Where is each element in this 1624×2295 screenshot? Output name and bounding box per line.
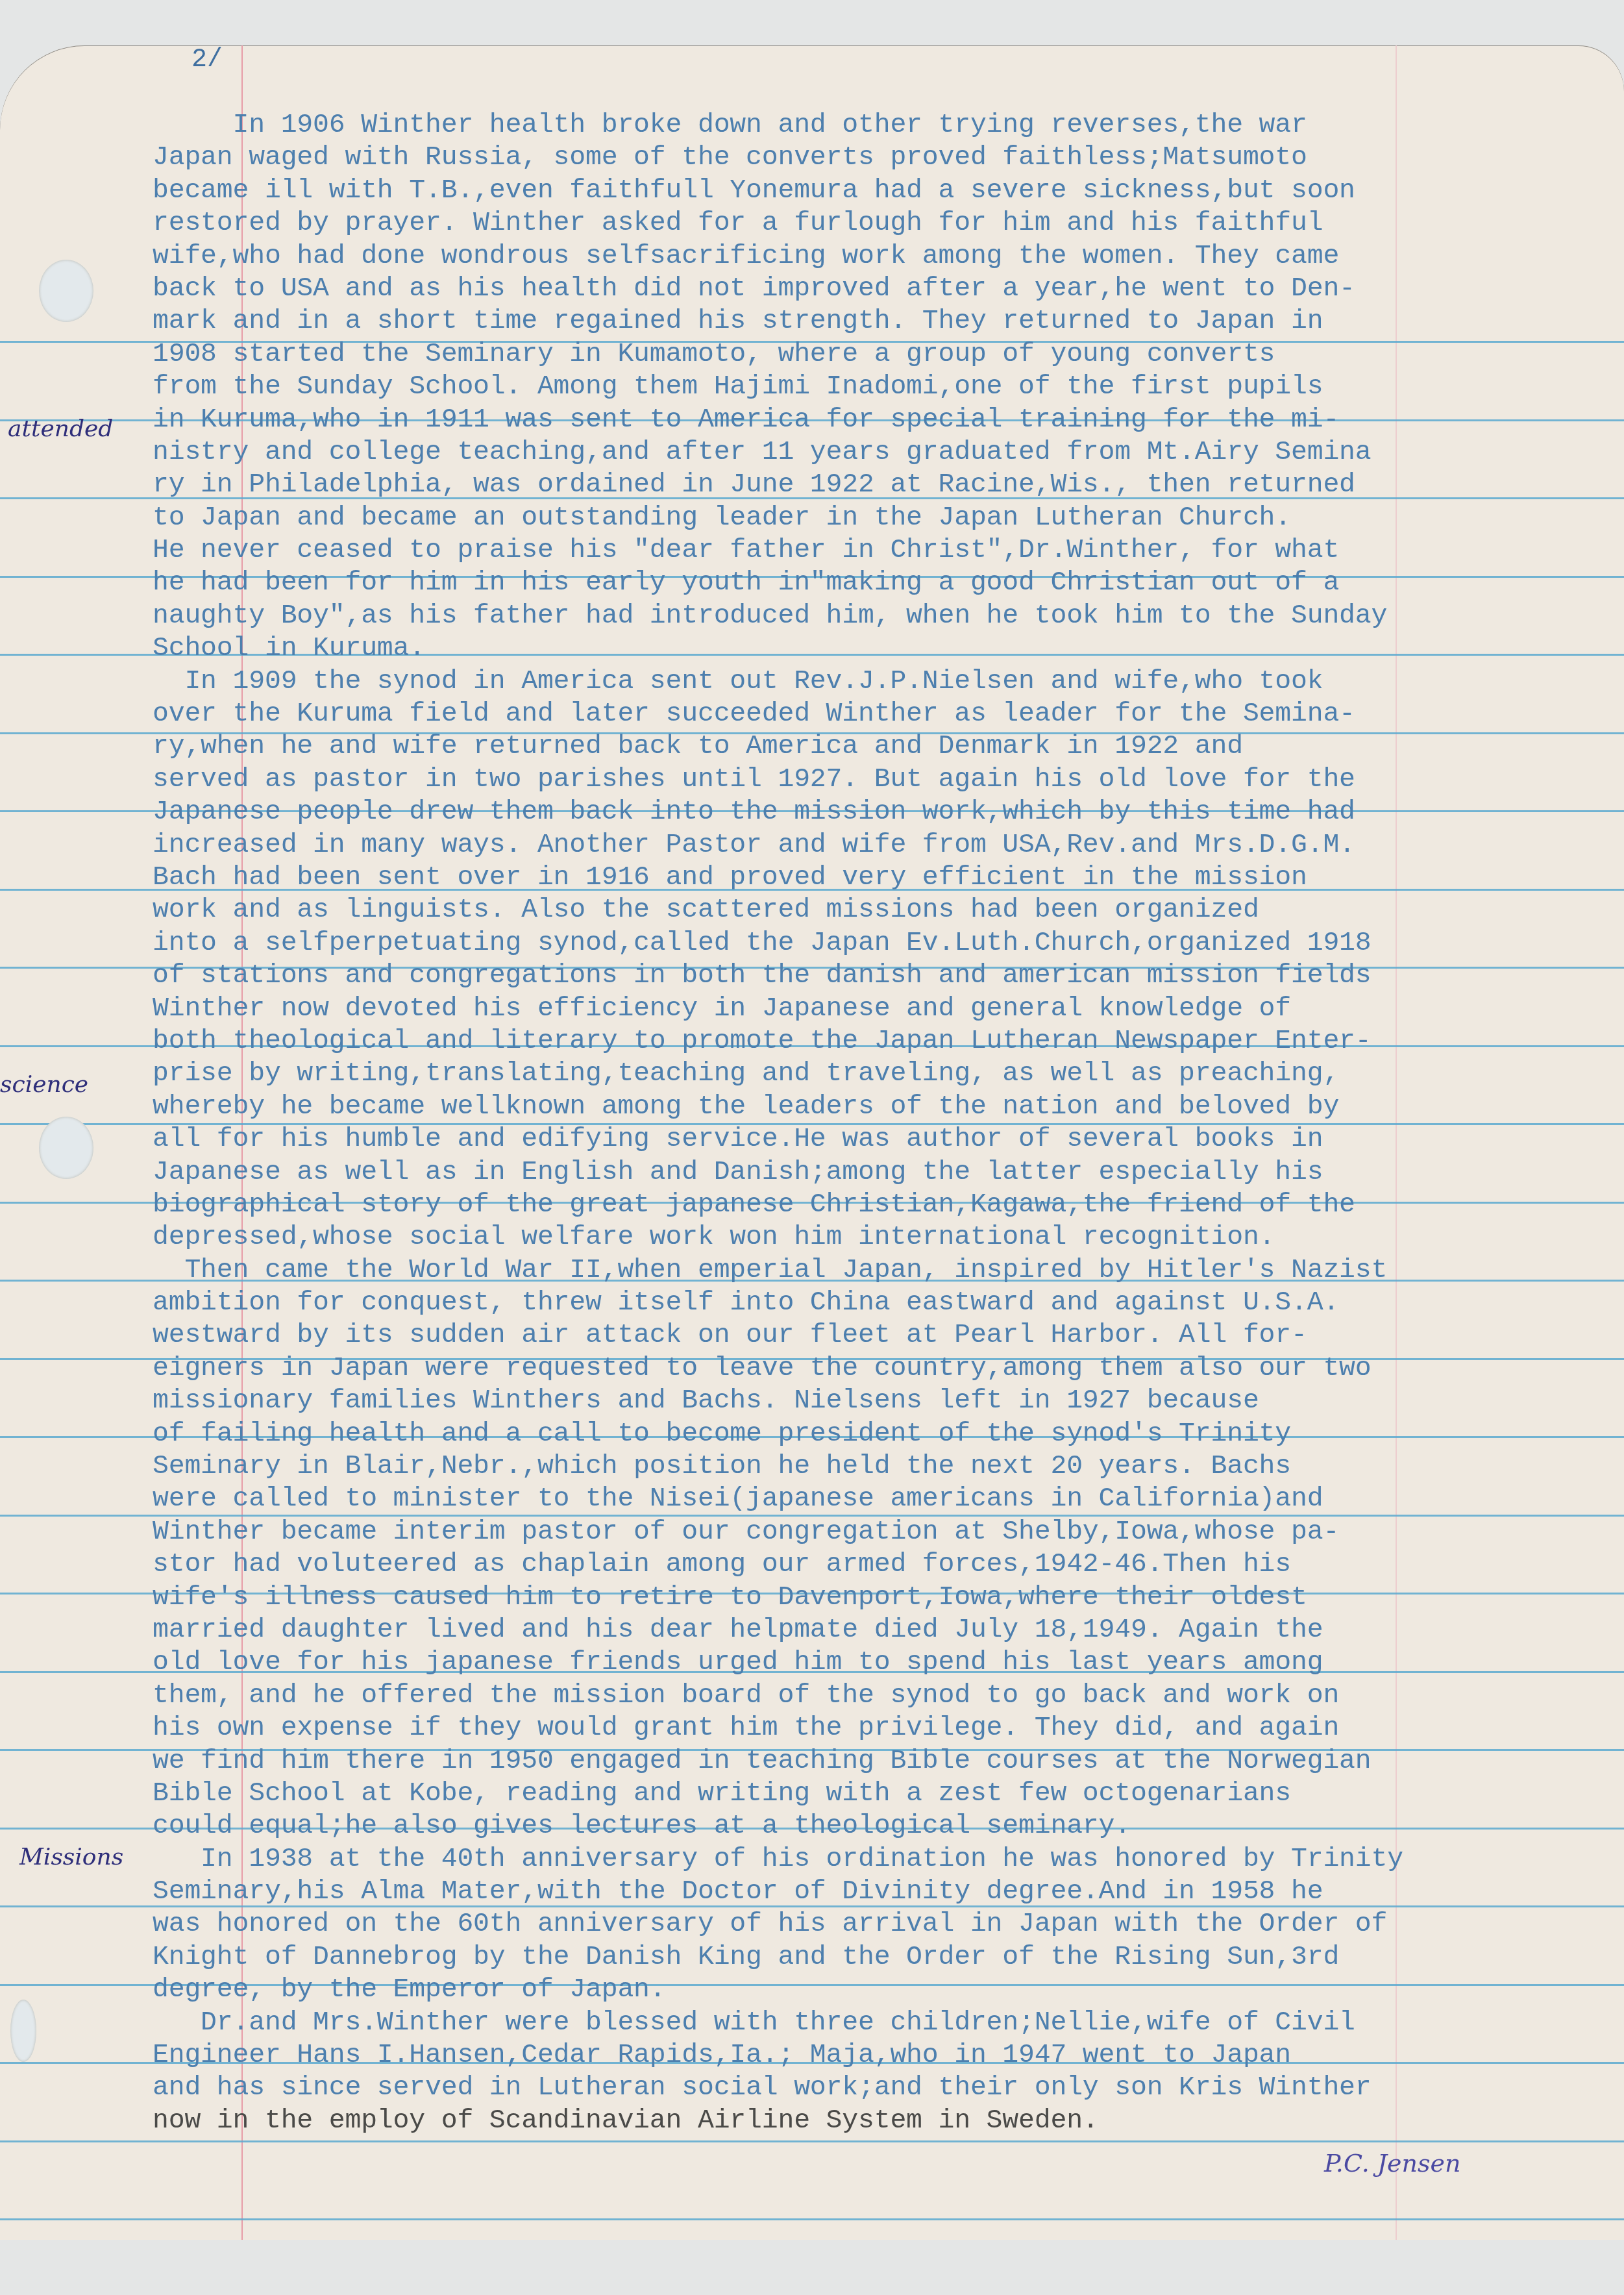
typed-line: biographical story of the great japanese… bbox=[153, 1189, 1624, 1221]
binder-hole-bottom bbox=[10, 2000, 36, 2062]
typed-line: degree, by the Emperor of Japan. bbox=[153, 1974, 1624, 2006]
typed-line: In 1906 Winther health broke down and ot… bbox=[153, 109, 1624, 142]
typed-line: Winther now devoted his efficiency in Ja… bbox=[153, 993, 1624, 1025]
typed-line: his own expense if they would grant him … bbox=[153, 1712, 1624, 1744]
typed-line: School in Kuruma. bbox=[153, 632, 1624, 665]
typed-line: mark and in a short time regained his st… bbox=[153, 305, 1624, 338]
typed-line: and has since served in Lutheran social … bbox=[153, 2072, 1624, 2104]
typed-line: prise by writing,translating,teaching an… bbox=[153, 1058, 1624, 1090]
typed-line: was honored on the 60th anniversary of h… bbox=[153, 1908, 1624, 1941]
typed-line: Bible School at Kobe, reading and writin… bbox=[153, 1778, 1624, 1810]
typed-line: in Kuruma,who in 1911 was sent to Americ… bbox=[153, 404, 1624, 436]
typed-line: Seminary,his Alma Mater,with the Doctor … bbox=[153, 1876, 1624, 1908]
typed-line: into a selfperpetuating synod,called the… bbox=[153, 927, 1624, 960]
binder-hole-top bbox=[39, 260, 93, 322]
typed-body-text: In 1906 Winther health broke down and ot… bbox=[153, 109, 1624, 2137]
typed-line: Then came the World War II,when emperial… bbox=[153, 1254, 1624, 1287]
typed-line: eigners in Japan were requested to leave… bbox=[153, 1352, 1624, 1385]
typed-line: were called to minister to the Nisei(jap… bbox=[153, 1483, 1624, 1515]
typed-line: he had been for him in his early youth i… bbox=[153, 567, 1624, 599]
typed-line: work and as linguists. Also the scattere… bbox=[153, 894, 1624, 926]
typed-line: Knight of Dannebrog by the Danish King a… bbox=[153, 1941, 1624, 1974]
typed-line: from the Sunday School. Among them Hajim… bbox=[153, 371, 1624, 403]
typed-line: over the Kuruma field and later succeede… bbox=[153, 698, 1624, 730]
typed-line: stor had voluteered as chaplain among ou… bbox=[153, 1548, 1624, 1581]
typed-line: ry,when he and wife returned back to Ame… bbox=[153, 730, 1624, 763]
typed-line: Engineer Hans I.Hansen,Cedar Rapids,Ia.;… bbox=[153, 2039, 1624, 2072]
typed-line: wife,who had done wondrous selfsacrifici… bbox=[153, 240, 1624, 273]
typed-line: depressed,whose social welfare work won … bbox=[153, 1221, 1624, 1254]
typed-line: 1908 started the Seminary in Kumamoto, w… bbox=[153, 338, 1624, 371]
typed-line: ry in Philadelphia, was ordained in June… bbox=[153, 469, 1624, 501]
typed-line: nistry and college teaching,and after 11… bbox=[153, 436, 1624, 469]
typed-line: Japanese people drew them back into the … bbox=[153, 796, 1624, 828]
typed-line: naughty Boy",as his father had introduce… bbox=[153, 600, 1624, 632]
typed-line: Winther became interim pastor of our con… bbox=[153, 1516, 1624, 1548]
typed-line: restored by prayer. Winther asked for a … bbox=[153, 207, 1624, 240]
typed-line: both theological and literary to promote… bbox=[153, 1025, 1624, 1058]
typed-line: wife's illness caused him to retire to D… bbox=[153, 1582, 1624, 1614]
typed-line: Japanese as well as in English and Danis… bbox=[153, 1156, 1624, 1189]
page-number: 2/ bbox=[191, 45, 223, 75]
typed-line: all for his humble and edifying service.… bbox=[153, 1123, 1624, 1156]
typed-line: old love for his japanese friends urged … bbox=[153, 1646, 1624, 1679]
typed-line: could equal;he also gives lectures at a … bbox=[153, 1810, 1624, 1842]
typed-line: of stations and congregations in both th… bbox=[153, 960, 1624, 992]
typed-line: served as pastor in two parishes until 1… bbox=[153, 763, 1624, 796]
signature: P.C. Jensen bbox=[1324, 2149, 1460, 2177]
typed-line: westward by its sudden air attack on our… bbox=[153, 1319, 1624, 1352]
typed-line: Japan waged with Russia, some of the con… bbox=[153, 142, 1624, 174]
typed-line-final: now in the employ of Scandinavian Airlin… bbox=[153, 2105, 1624, 2137]
typed-line: missionary families Winthers and Bachs. … bbox=[153, 1385, 1624, 1417]
typed-line: married daughter lived and his dear help… bbox=[153, 1614, 1624, 1646]
typed-line: Seminary in Blair,Nebr.,which position h… bbox=[153, 1450, 1624, 1483]
typed-line: He never ceased to praise his "dear fath… bbox=[153, 534, 1624, 567]
ruled-line bbox=[0, 2140, 1624, 2142]
typed-line: to Japan and became an outstanding leade… bbox=[153, 502, 1624, 534]
typed-line: ambition for conquest, threw itself into… bbox=[153, 1287, 1624, 1319]
binder-hole-middle bbox=[39, 1117, 93, 1179]
typed-line: whereby he became wellknown among the le… bbox=[153, 1091, 1624, 1123]
ruled-line bbox=[0, 2218, 1624, 2220]
margin-note-attended: attended bbox=[8, 416, 113, 442]
typed-line: of failing health and a call to become p… bbox=[153, 1418, 1624, 1450]
margin-note-missions: Missions bbox=[19, 1844, 123, 1870]
typed-line: In 1938 at the 40th anniversary of his o… bbox=[153, 1843, 1624, 1876]
typed-line: increased in many ways. Another Pastor a… bbox=[153, 829, 1624, 862]
typed-line: them, and he offered the mission board o… bbox=[153, 1680, 1624, 1712]
typed-line: back to USA and as his health did not im… bbox=[153, 273, 1624, 305]
typed-line: Dr.and Mrs.Winther were blessed with thr… bbox=[153, 2007, 1624, 2039]
typed-line: became ill with T.B.,even faithfull Yone… bbox=[153, 175, 1624, 207]
typed-line: we find him there in 1950 engaged in tea… bbox=[153, 1745, 1624, 1778]
typed-line: Bach had been sent over in 1916 and prov… bbox=[153, 862, 1624, 894]
margin-note-science: science bbox=[0, 1071, 88, 1098]
typed-line: In 1909 the synod in America sent out Re… bbox=[153, 665, 1624, 698]
